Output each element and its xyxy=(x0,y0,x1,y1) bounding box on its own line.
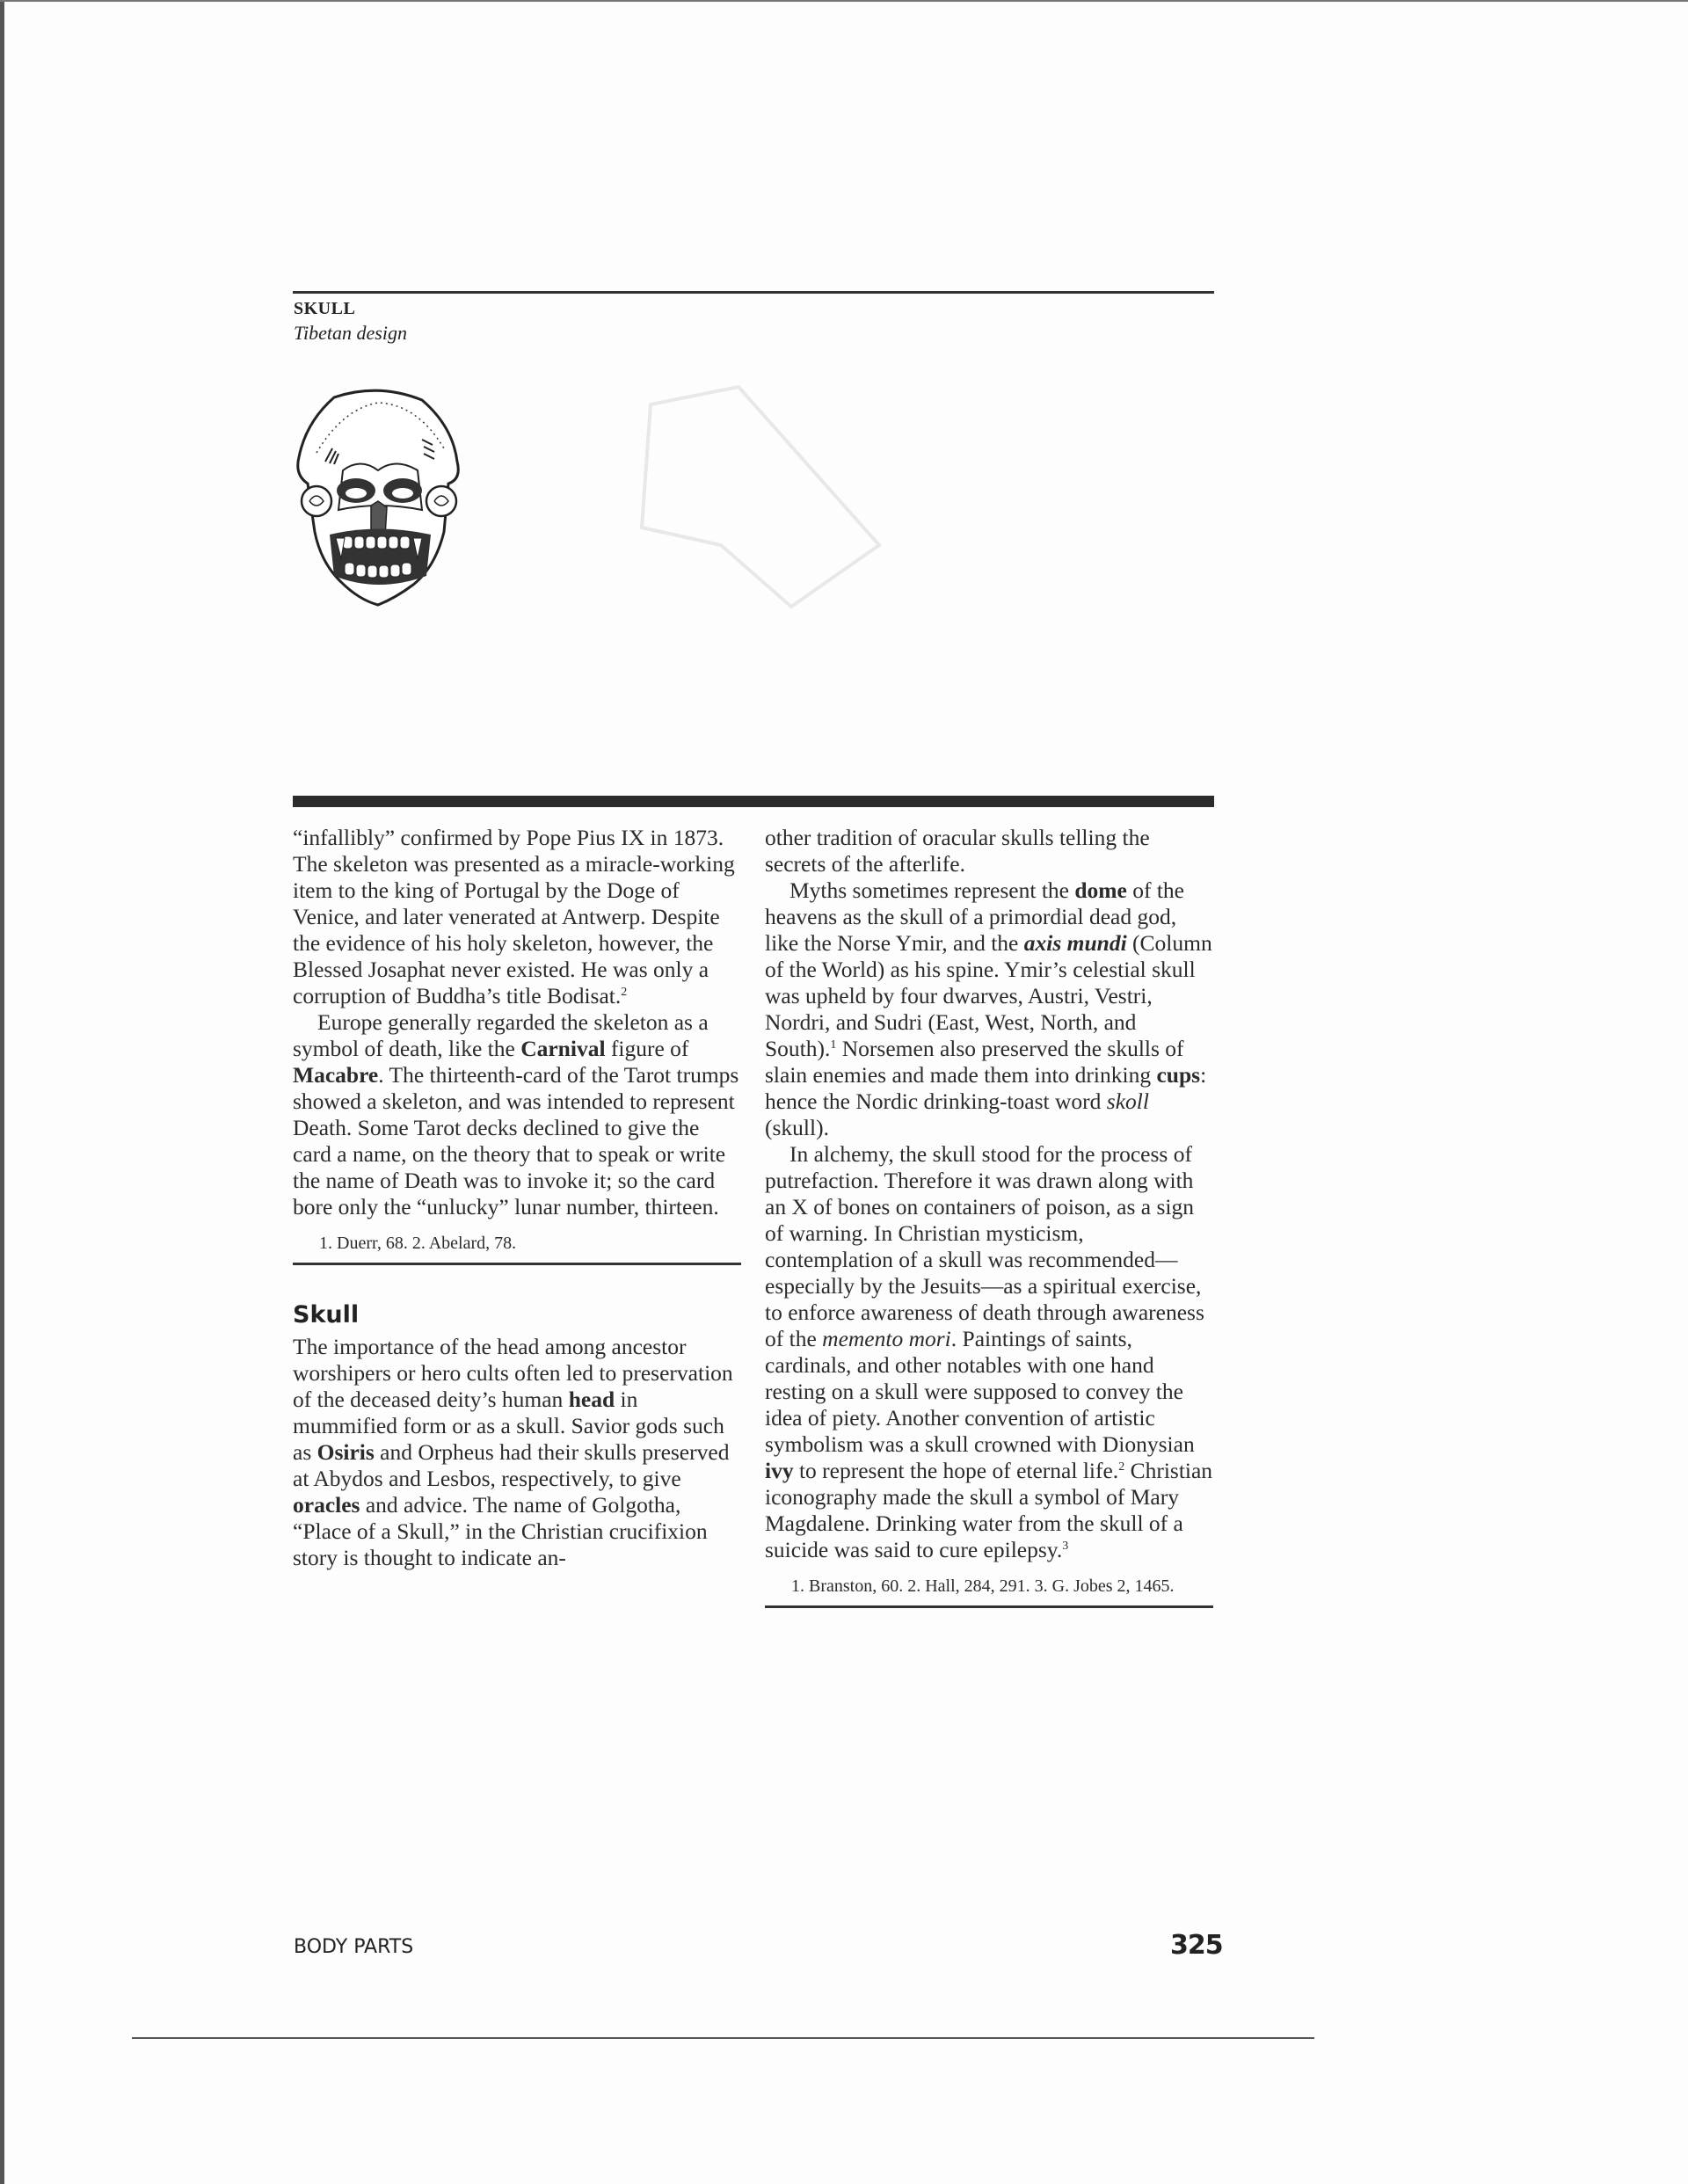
paragraph-oracular-skulls: other tradition of oracular skulls telli… xyxy=(765,825,1213,877)
left-column: “infallibly” confirmed by Pope Pius IX i… xyxy=(293,825,741,1571)
figure-caption: Tibetan design xyxy=(294,322,407,345)
top-rule xyxy=(293,291,1214,294)
footer-section-name: BODY PARTS xyxy=(294,1936,413,1958)
right-column: other tradition of oracular skulls telli… xyxy=(765,825,1213,1608)
section-divider-thick xyxy=(293,796,1214,807)
paragraph-myths-ymir: Myths sometimes represent the dome of th… xyxy=(765,877,1213,1141)
scan-edge-top xyxy=(0,0,1688,2)
paragraph-josaphat: “infallibly” confirmed by Pope Pius IX i… xyxy=(293,825,741,1009)
page-number: 325 xyxy=(1170,1930,1223,1961)
section-heading-skull: Skull xyxy=(293,1302,741,1329)
paragraph-alchemy: In alchemy, the skull stood for the proc… xyxy=(765,1141,1213,1563)
bleed-through-ghost-icon xyxy=(615,369,932,615)
paragraph-tarot-death: Europe generally regarded the skeleton a… xyxy=(293,1009,741,1220)
right-footnotes: 1. Branston, 60. 2. Hall, 284, 291. 3. G… xyxy=(765,1576,1213,1597)
tibetan-skull-icon xyxy=(290,378,466,615)
scan-bottom-line xyxy=(132,2037,1314,2039)
figure-title: SKULL xyxy=(294,299,355,319)
left-footnotes: 1. Duerr, 68. 2. Abelard, 78. xyxy=(293,1233,741,1254)
paragraph-head-importance: The importance of the head among ancesto… xyxy=(293,1334,741,1571)
footnote-rule-right xyxy=(765,1605,1213,1608)
scan-edge-left xyxy=(0,0,4,2184)
